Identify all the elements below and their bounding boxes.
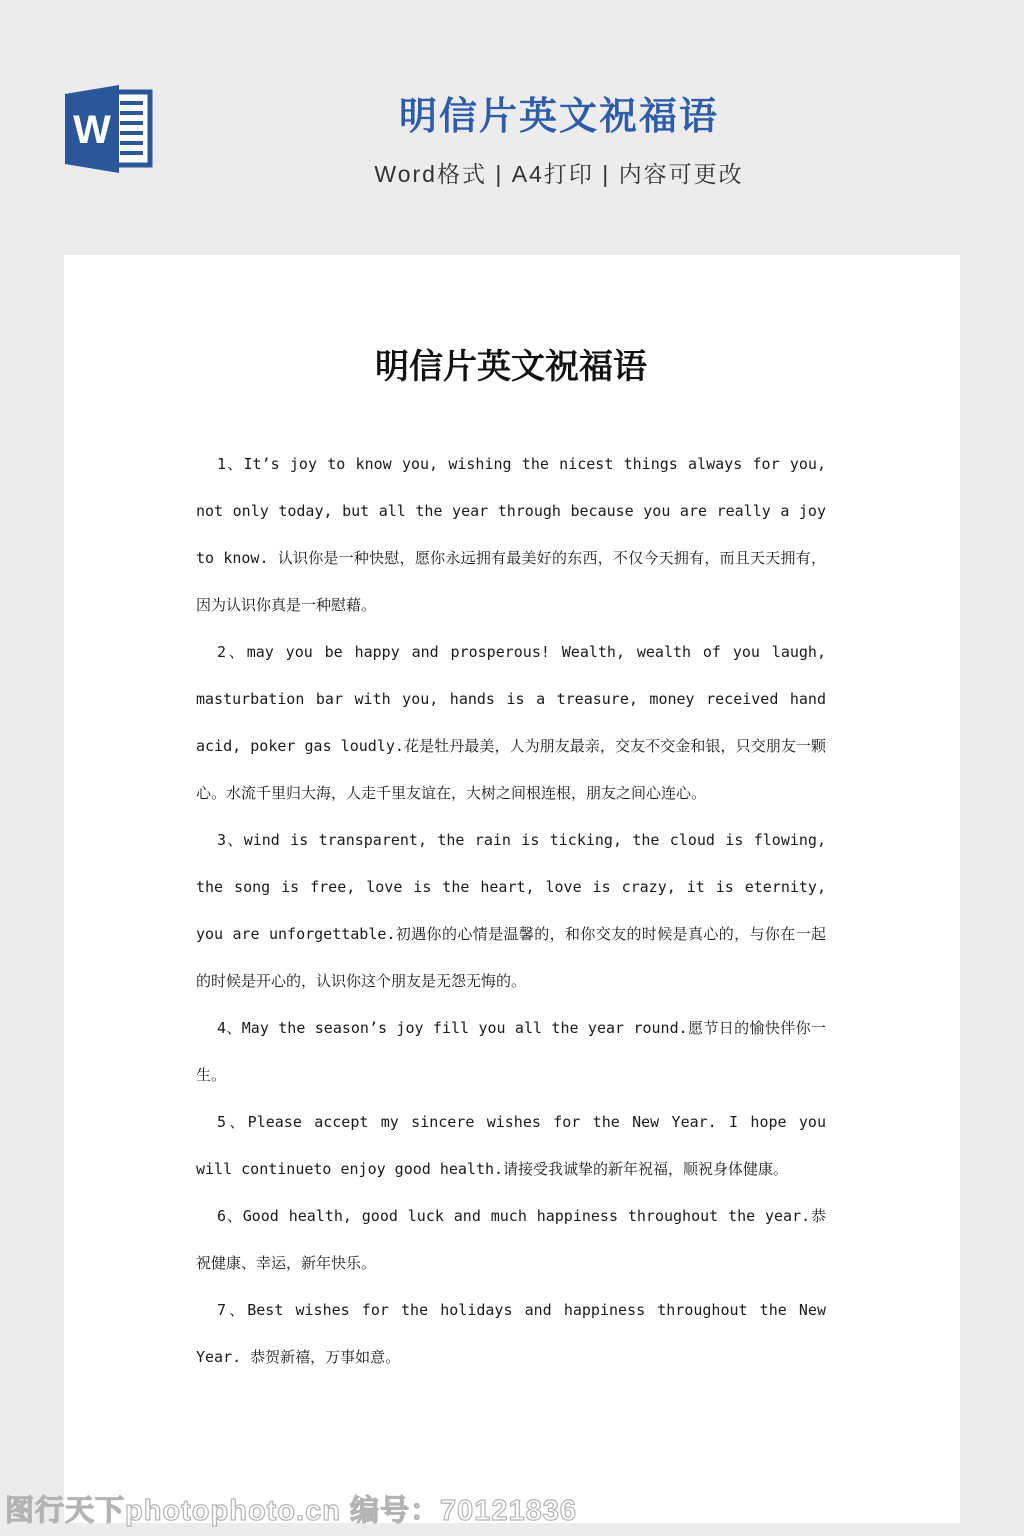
document-page: 明信片英文祝福语 1、It’s joy to know you, wishing…	[64, 255, 960, 1523]
paragraph: 6、Good health, good luck and much happin…	[196, 1193, 826, 1287]
header-title: 明信片英文祝福语	[94, 94, 1024, 140]
paragraph: 3、wind is transparent, the rain is ticki…	[196, 817, 826, 1005]
paragraph: 4、May the season’s joy fill you all the …	[196, 1005, 826, 1099]
page-header: W 明信片英文祝福语 Word格式 | A4打印 | 内容可更改	[0, 0, 1024, 255]
header-text-block: 明信片英文祝福语 Word格式 | A4打印 | 内容可更改	[0, 94, 1024, 189]
header-subtitle: Word格式 | A4打印 | 内容可更改	[94, 156, 1024, 189]
paragraph: 1、It’s joy to know you, wishing the nice…	[196, 441, 826, 629]
paragraph: 5、Please accept my sincere wishes for th…	[196, 1099, 826, 1193]
document-paragraphs: 1、It’s joy to know you, wishing the nice…	[196, 441, 826, 1381]
document-title: 明信片英文祝福语	[196, 347, 826, 389]
site-watermark: 图行天下photophoto.cn 编号：70121836	[5, 1488, 577, 1529]
paragraph: 7、Best wishes for the holidays and happi…	[196, 1287, 826, 1381]
paragraph: 2、may you be happy and prosperous! Wealt…	[196, 629, 826, 817]
